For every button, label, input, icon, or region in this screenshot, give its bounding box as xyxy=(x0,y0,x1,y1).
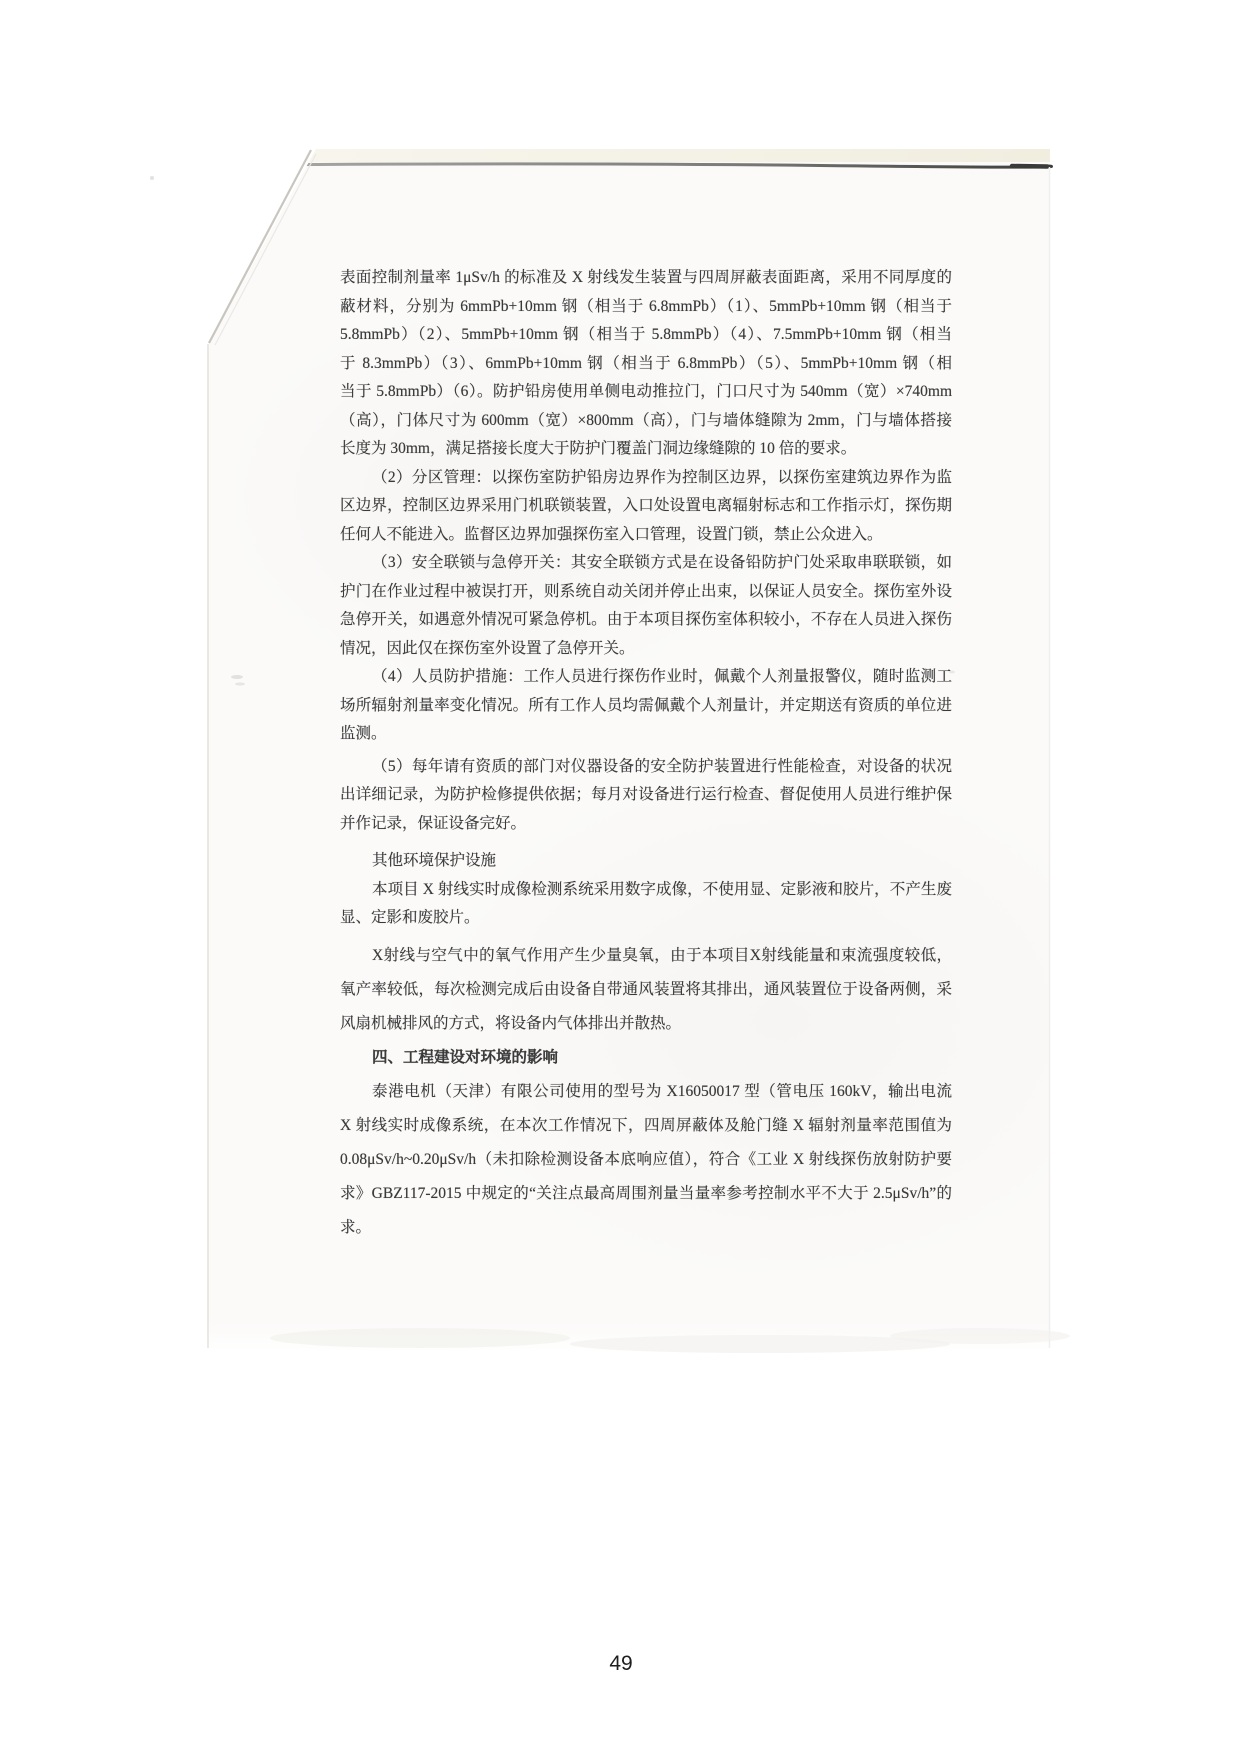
text-line: （2）分区管理：以探伤室防护铅房边界作为控制区边界，以探伤室建筑边界作为监督 xyxy=(340,464,952,493)
text-line: 0.08μSv/h~0.20μSv/h（未扣除检测设备本底响应值），符合《工业 … xyxy=(340,1143,952,1177)
text-line: 区边界，控制区边界采用门机联锁装置，入口处设置电离辐射标志和工作指示灯，探伤期间 xyxy=(340,492,952,521)
text-line: X 射线实时成像系统，在本次工作情况下，四周屏蔽体及舱门缝 X 辐射剂量率范围值… xyxy=(340,1109,952,1143)
document-page: 表面控制剂量率 1μSv/h 的标准及 X 射线发生装置与四周屏蔽表面距离，采用… xyxy=(0,0,1242,1755)
text-line: 监测。 xyxy=(340,720,952,749)
text-line: 求。 xyxy=(340,1211,952,1245)
text-line: 表面控制剂量率 1μSv/h 的标准及 X 射线发生装置与四周屏蔽表面距离，采用… xyxy=(340,264,952,293)
text-line: 护门在作业过程中被误打开，则系统自动关闭并停止出束，以保证人员安全。探伤室外设置 xyxy=(340,578,952,607)
text-line: 风扇机械排风的方式，将设备内气体排出并散热。 xyxy=(340,1007,952,1041)
text-line: （3）安全联锁与急停开关：其安全联锁方式是在设备铅防护门处采取串联联锁，如防 xyxy=(340,549,952,578)
text-line: （5）每年请有资质的部门对仪器设备的安全防护装置进行性能检查，对设备的状况做 xyxy=(340,753,952,782)
text-line: 长度为 30mm，满足搭接长度大于防护门覆盖门洞边缘缝隙的 10 倍的要求。 xyxy=(340,435,952,464)
text-line: 并作记录，保证设备完好。 xyxy=(340,810,952,839)
page-number: 49 xyxy=(0,1652,1242,1676)
text-line: 情况，因此仅在探伤室外设置了急停开关。 xyxy=(340,635,952,664)
text-line: 出详细记录，为防护检修提供依据；每月对设备进行运行检查、督促使用人员进行维护保养… xyxy=(340,781,952,810)
text-line: 急停开关，如遇意外情况可紧急停机。由于本项目探伤室体积较小，不存在人员进入探伤室 xyxy=(340,606,952,635)
text-line: 任何人不能进入。监督区边界加强探伤室入口管理，设置门锁，禁止公众进入。 xyxy=(340,521,952,550)
text-line: X射线与空气中的氧气作用产生少量臭氧，由于本项目X射线能量和束流强度较低，臭 xyxy=(340,939,952,973)
text-line: 场所辐射剂量率变化情况。所有工作人员均需佩戴个人剂量计，并定期送有资质的单位进行 xyxy=(340,692,952,721)
scan-speck xyxy=(150,176,154,180)
text-line: 5.8mmPb）（2）、5mmPb+10mm 钢（相当于 5.8mmPb）（4）… xyxy=(340,321,952,350)
text-line: 求》GBZ117-2015 中规定的“关注点最高周围剂量当量率参考控制水平不大于… xyxy=(340,1177,952,1211)
text-line: 当于 5.8mmPb）（6）。防护铅房使用单侧电动推拉门，门口尺寸为 540mm… xyxy=(340,378,952,407)
text-line: 显、定影和废胶片。 xyxy=(340,904,952,933)
text-line: （4）人员防护措施：工作人员进行探伤作业时，佩戴个人剂量报警仪，随时监测工作 xyxy=(340,663,952,692)
document-text-block: 表面控制剂量率 1μSv/h 的标准及 X 射线发生装置与四周屏蔽表面距离，采用… xyxy=(340,264,952,1245)
text-line: 四、工程建设对环境的影响 xyxy=(340,1041,952,1075)
text-line: 氧产率较低，每次检测完成后由设备自带通风装置将其排出，通风装置位于设备两侧，采用 xyxy=(340,973,952,1007)
text-line: （高），门体尺寸为 600mm（宽）×800mm（高），门与墙体缝隙为 2mm，… xyxy=(340,407,952,436)
text-line: 其他环境保护设施 xyxy=(340,847,952,876)
text-line: 蔽材料，分别为 6mmPb+10mm 钢（相当于 6.8mmPb）（1）、5mm… xyxy=(340,293,952,322)
text-line: 于 8.3mmPb）（3）、6mmPb+10mm 钢（相当于 6.8mmPb）（… xyxy=(340,350,952,379)
scan-top-strip xyxy=(212,149,1050,163)
text-line: 本项目 X 射线实时成像检测系统采用数字成像，不使用显、定影液和胶片，不产生废 xyxy=(340,876,952,905)
text-line: 泰港电机（天津）有限公司使用的型号为 X16050017 型（管电压 160kV… xyxy=(340,1075,952,1109)
